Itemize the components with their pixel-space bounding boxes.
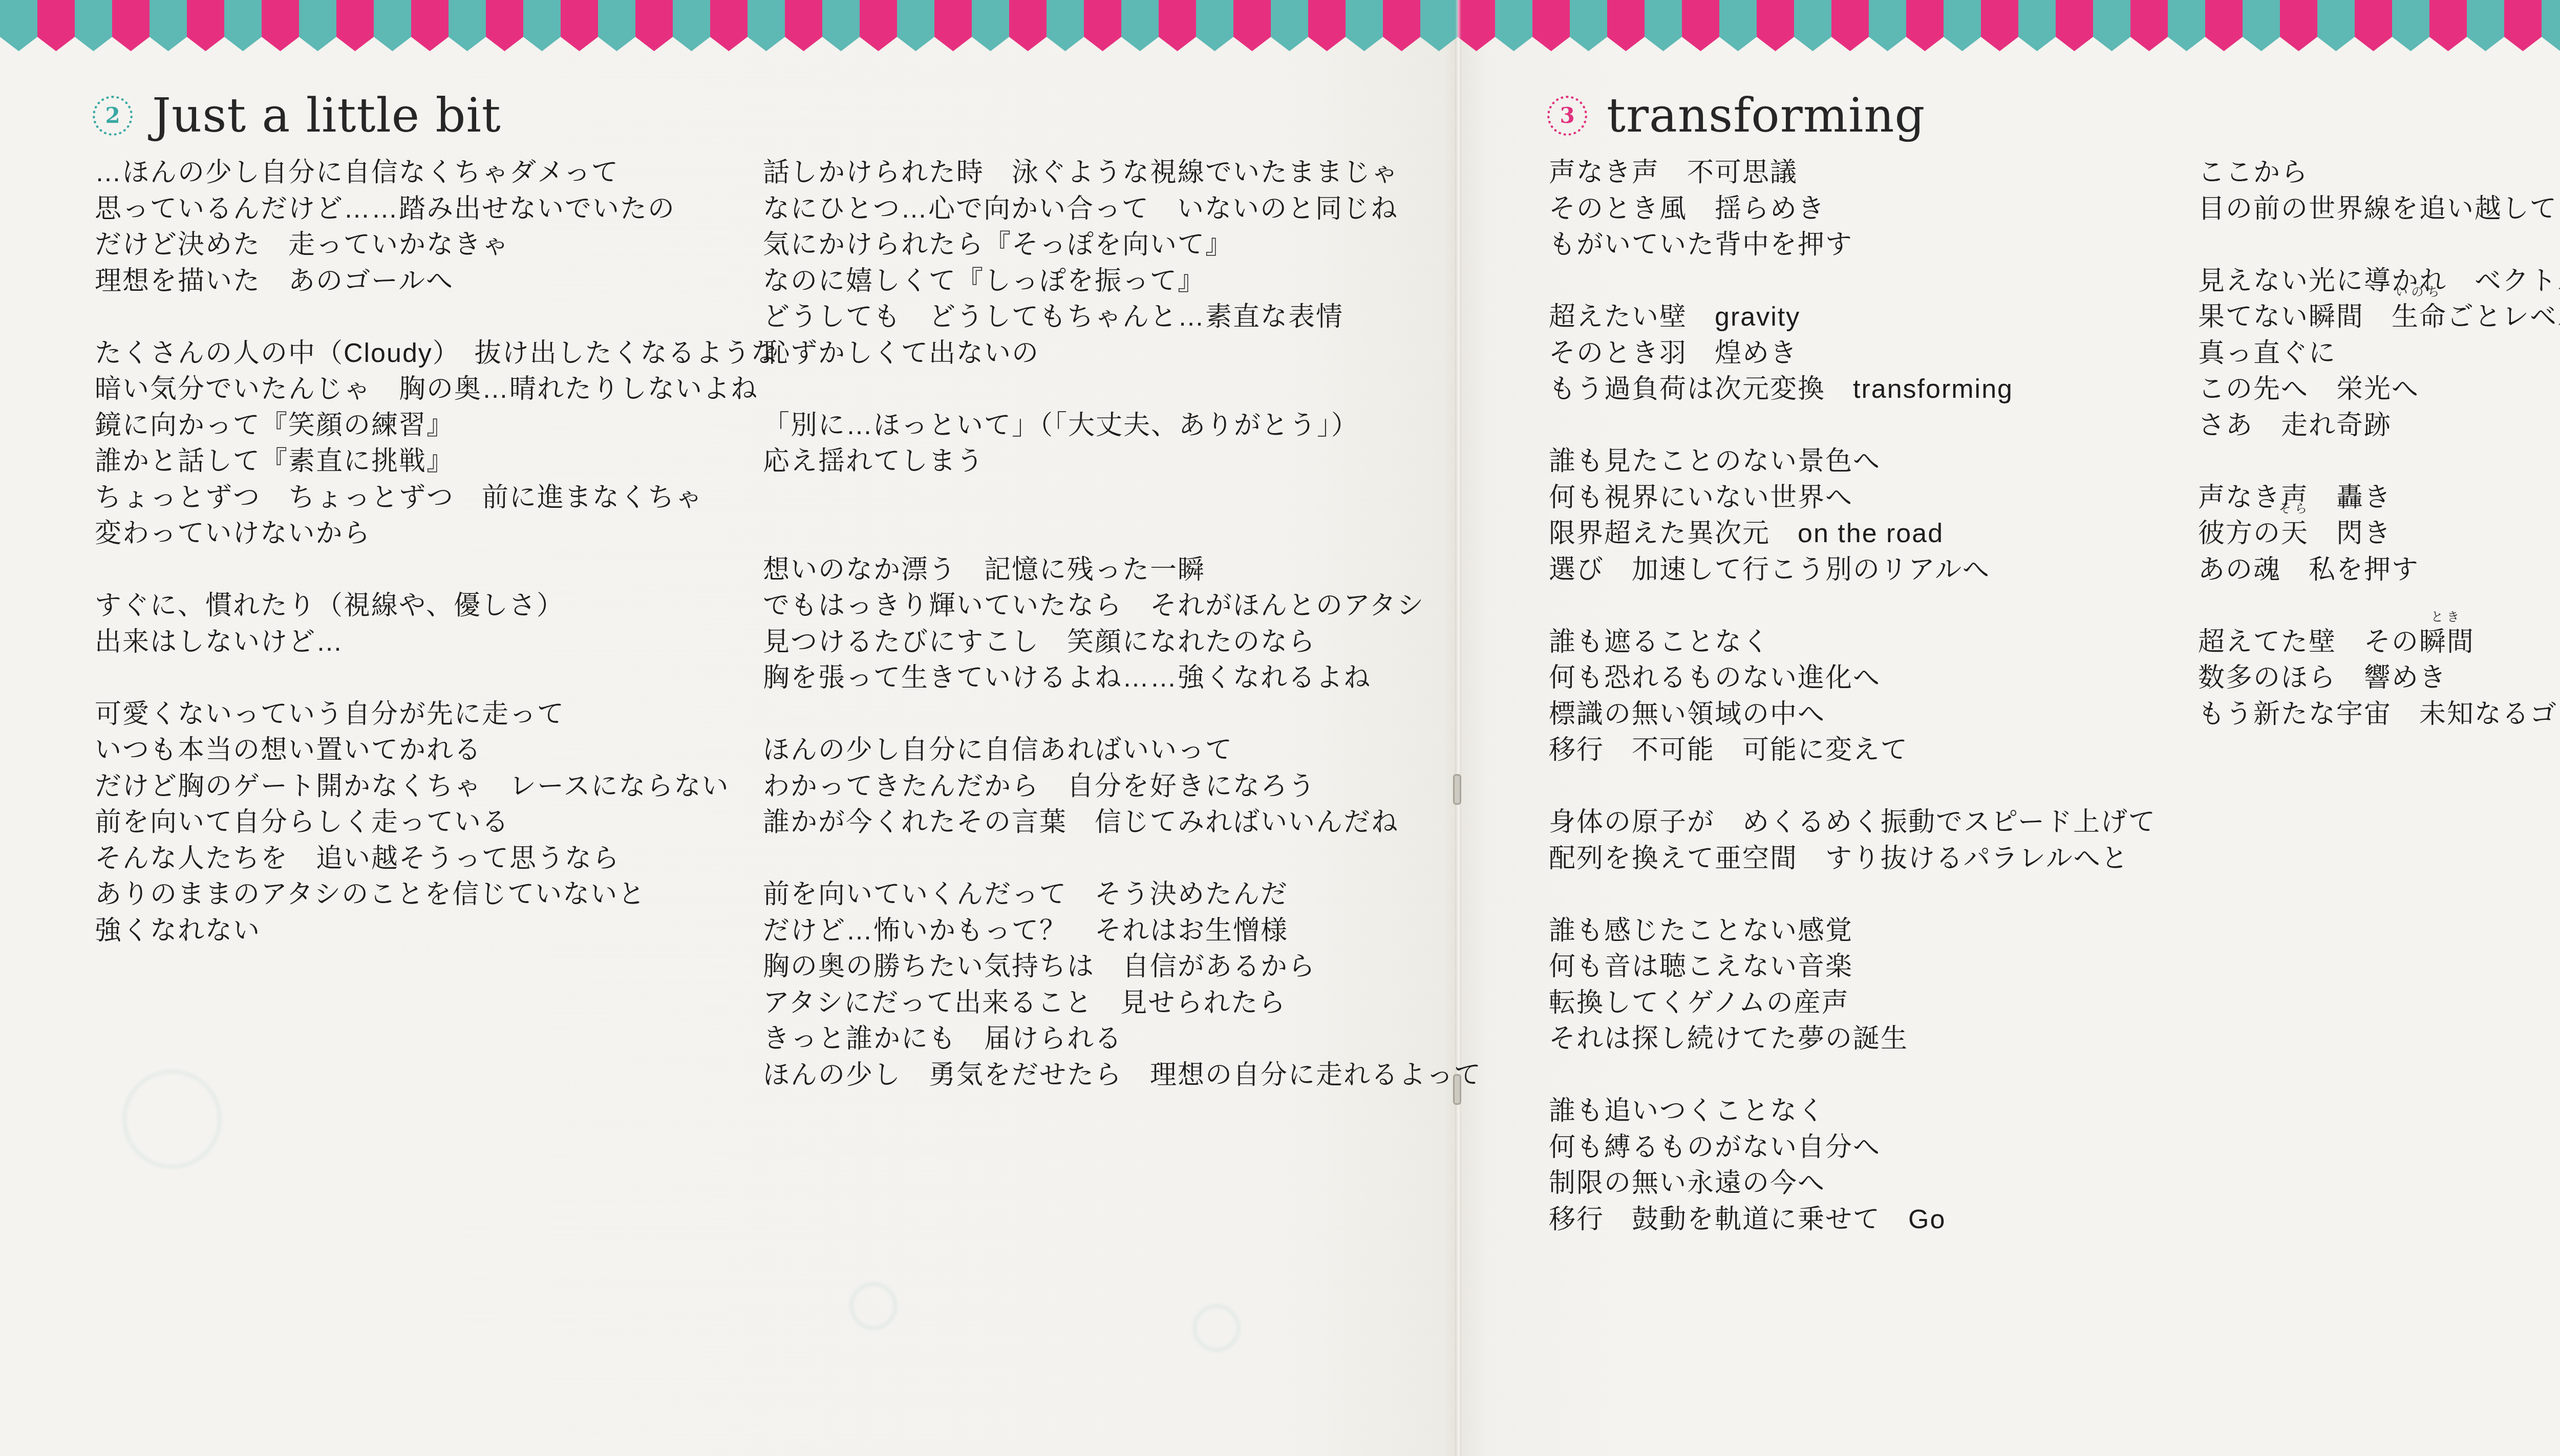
lyric-line: 気にかけられたら『そっぽを向いて』 xyxy=(763,227,1482,263)
lyric-line: 「別に…ほっといて」（「大丈夫、ありがとう」） xyxy=(763,408,1482,444)
lyric-line: 誰も追いつくことなく xyxy=(1549,1093,2156,1129)
lyric-line: 転換してくゲノムの産声 xyxy=(1549,985,2156,1021)
lyrics-column-left-1: …ほんの少し自分に自信なくちゃダメって思っているんだけど……踏み出せないでいたの… xyxy=(95,155,779,949)
lyric-line: 声なき声 不可思議 xyxy=(1549,155,2156,191)
lyric-line: あの魂 私を押す xyxy=(2198,552,2560,588)
song-header-right: 3 transforming xyxy=(1547,88,1926,143)
lyric-line: 暗い気分でいたんじゃ 胸の奥…晴れたりしないよね xyxy=(95,371,779,408)
lyric-line xyxy=(763,371,1482,408)
ruby-base: 生命いのち xyxy=(2392,299,2447,335)
lyric-line: 標識の無い領域の中へ xyxy=(1549,696,2156,733)
lyric-line: ほんの少し自分に自信あればいいって xyxy=(763,732,1482,768)
lyric-line: そんな人たちを 追い越そうって思うなら xyxy=(95,841,779,877)
lyric-line: ここから xyxy=(2198,155,2560,191)
lyric-line: 鏡に向かって『笑顔の練習』 xyxy=(95,408,779,444)
lyric-line xyxy=(763,696,1482,733)
lyric-line xyxy=(1549,588,2156,624)
lyric-line: わかってきたんだから 自分を好きになろう xyxy=(763,768,1482,805)
lyric-line: だけど決めた 走っていかなきゃ xyxy=(95,227,779,263)
lyric-line xyxy=(2198,588,2560,624)
ruby-base: 天そら xyxy=(2281,516,2309,552)
lyric-line: 超えてた壁 その瞬間とき xyxy=(2198,624,2560,660)
lyric-line xyxy=(1549,1057,2156,1094)
lyric-line: 応え揺れてしまう xyxy=(763,443,1482,480)
lyric-line: なにひとつ…心で向かい合って いないのと同じね xyxy=(763,191,1482,227)
lyric-line xyxy=(1549,768,2156,805)
lyric-line: すぐに、慣れたり（視線や、優しさ） xyxy=(95,588,779,624)
lyrics-column-right-2: ここから目の前の世界線を追い越して見えない光に導かれ ベクトルを変えて行け果てな… xyxy=(2198,155,2560,732)
showthrough-circle xyxy=(123,1070,221,1168)
lyric-line: 可愛くないっていう自分が先に走って xyxy=(95,696,779,733)
lyric-line: 真っ直ぐに xyxy=(2198,335,2560,372)
lyric-line: …ほんの少し自分に自信なくちゃダメって xyxy=(95,155,779,191)
lyric-line: アタシにだって出来ること 見せられたら xyxy=(763,985,1482,1021)
lyric-line xyxy=(95,660,779,696)
lyric-line: 移行 鼓動を軌道に乗せて Go xyxy=(1549,1202,2156,1238)
lyric-line: 数多のほら 響めき xyxy=(2198,660,2560,696)
lyric-line: だけど胸のゲート開かなくちゃ レースにならない xyxy=(95,768,779,805)
lyric-line: もう過負荷は次元変換 transforming xyxy=(1549,371,2156,408)
lyric-line: 前を向いていくんだって そう決めたんだ xyxy=(763,876,1482,913)
furigana: いのち xyxy=(2396,286,2443,298)
lyric-line: きっと誰かにも 届けられる xyxy=(763,1021,1482,1057)
track-number-badge: 2 xyxy=(93,96,133,136)
lyric-line: 超えたい壁 gravity xyxy=(1549,299,2156,335)
lyric-line: 変わっていけないから xyxy=(95,516,779,552)
lyric-line: 話しかけられた時 泳ぐような視線でいたままじゃ xyxy=(763,155,1482,191)
lyric-line: 胸を張って生きていけるよね……強くなれるよね xyxy=(763,660,1482,696)
lyric-line xyxy=(763,516,1482,552)
lyric-line: そのとき風 揺らめき xyxy=(1549,191,2156,227)
lyric-line: この先へ 栄光へ xyxy=(2198,371,2560,408)
lyric-line: 出来はしないけど… xyxy=(95,624,779,660)
lyric-line: どうしても どうしてもちゃんと…素直な表情 xyxy=(763,299,1482,335)
song-title: Just a little bit xyxy=(152,88,501,143)
lyric-line: 思っているんだけど……踏み出せないでいたの xyxy=(95,191,779,227)
lyric-line: 選び 加速して行こう別のリアルへ xyxy=(1549,552,2156,588)
lyric-line: 身体の原子が めくるめく振動でスピード上げて xyxy=(1549,804,2156,841)
lyric-line: 何も縛るものがない自分へ xyxy=(1549,1129,2156,1166)
lyric-line: ありのままのアタシのことを信じていないと xyxy=(95,876,779,913)
lyric-line xyxy=(95,552,779,588)
lyric-line: 誰かが今くれたその言葉 信じてみればいいんだね xyxy=(763,804,1482,841)
lyric-line xyxy=(1549,408,2156,444)
lyric-line: 配列を換えて亜空間 すり抜けるパラレルへと xyxy=(1549,841,2156,877)
lyric-line: なのに嬉しくて『しっぽを振って』 xyxy=(763,263,1482,299)
lyric-line: 誰も遮ることなく xyxy=(1549,624,2156,660)
lyric-line: 声なき声 轟き xyxy=(2198,480,2560,516)
lyric-line: もがいていた背中を押す xyxy=(1549,227,2156,263)
lyric-line: 胸の奥の勝ちたい気持ちは 自信があるから xyxy=(763,949,1482,985)
lyrics-column-right-1: 声なき声 不可思議そのとき風 揺らめきもがいていた背中を押す超えたい壁 grav… xyxy=(1549,155,2156,1237)
bunting-border xyxy=(0,0,2560,51)
lyric-line xyxy=(1549,876,2156,913)
lyric-line: 見つけるたびにすこし 笑顔になれたのなら xyxy=(763,624,1482,660)
lyric-line: もう新たな宇宙 未知なるゴールへ xyxy=(2198,696,2560,733)
ruby-base: 瞬間とき xyxy=(2419,624,2474,660)
lyric-line xyxy=(763,480,1482,516)
lyric-line: 限界超えた異次元 on the road xyxy=(1549,516,2156,552)
lyric-line: 制限の無い永遠の今へ xyxy=(1549,1165,2156,1202)
lyric-line: 誰も感じたことない感覚 xyxy=(1549,913,2156,949)
furigana: そら xyxy=(2279,503,2311,515)
lyric-line: そのとき羽 煌めき xyxy=(1549,335,2156,372)
lyric-line xyxy=(2198,443,2560,480)
lyric-line: 何も音は聴こえない音楽 xyxy=(1549,949,2156,985)
lyric-line: 誰も見たことのない景色へ xyxy=(1549,443,2156,480)
lyric-line: 前を向いて自分らしく走っている xyxy=(95,804,779,841)
track-number: 3 xyxy=(1560,105,1574,126)
showthrough-circle xyxy=(850,1282,897,1330)
lyrics-column-left-2: 話しかけられた時 泳ぐような視線でいたままじゃなにひとつ…心で向かい合って いな… xyxy=(763,155,1482,1093)
lyric-line: 見えない光に導かれ ベクトルを変えて行け xyxy=(2198,263,2560,299)
lyric-line: 想いのなか漂う 記憶に残った一瞬 xyxy=(763,552,1482,588)
lyric-line: だけど…怖いかもって？ それはお生憎様 xyxy=(763,913,1482,949)
lyric-line: 目の前の世界線を追い越して xyxy=(2198,191,2560,227)
lyric-line: いつも本当の想い置いてかれる xyxy=(95,732,779,768)
lyric-line xyxy=(763,841,1482,877)
showthrough-circle xyxy=(1193,1304,1240,1352)
lyric-line: ちょっとずつ ちょっとずつ 前に進まなくちゃ xyxy=(95,480,779,516)
lyric-line: ほんの少し 勇気をだせたら 理想の自分に走れるよって xyxy=(763,1057,1482,1094)
lyric-line: でもはっきり輝いていたなら それがほんとのアタシ xyxy=(763,588,1482,624)
lyric-line: 恥ずかしくて出ないの xyxy=(763,335,1482,372)
track-number: 2 xyxy=(105,105,120,126)
song-header-left: 2 Just a little bit xyxy=(93,88,501,143)
lyric-line: 彼方の天そら 閃き xyxy=(2198,516,2560,552)
lyric-line: 果てない瞬間 生命いのちごとレベル上げて xyxy=(2198,299,2560,335)
lyric-line: 何も恐れるものない進化へ xyxy=(1549,660,2156,696)
lyric-line: 誰かと話して『素直に挑戦』 xyxy=(95,443,779,480)
track-number-badge: 3 xyxy=(1547,96,1587,136)
lyric-line xyxy=(1549,263,2156,299)
lyric-line: さあ 走れ奇跡 xyxy=(2198,408,2560,444)
lyric-line: 移行 不可能 可能に変えて xyxy=(1549,732,2156,768)
lyric-line: 何も視界にいない世界へ xyxy=(1549,480,2156,516)
lyric-line: それは探し続けてた夢の誕生 xyxy=(1549,1021,2156,1057)
lyric-line xyxy=(95,299,779,335)
lyric-line: 強くなれない xyxy=(95,913,779,949)
song-title: transforming xyxy=(1607,88,1926,143)
lyric-line: 理想を描いた あのゴールへ xyxy=(95,263,779,299)
furigana: とき xyxy=(2431,611,2463,624)
lyric-line xyxy=(2198,227,2560,263)
lyric-line: たくさんの人の中（Cloudy） 抜け出したくなるような xyxy=(95,335,779,372)
